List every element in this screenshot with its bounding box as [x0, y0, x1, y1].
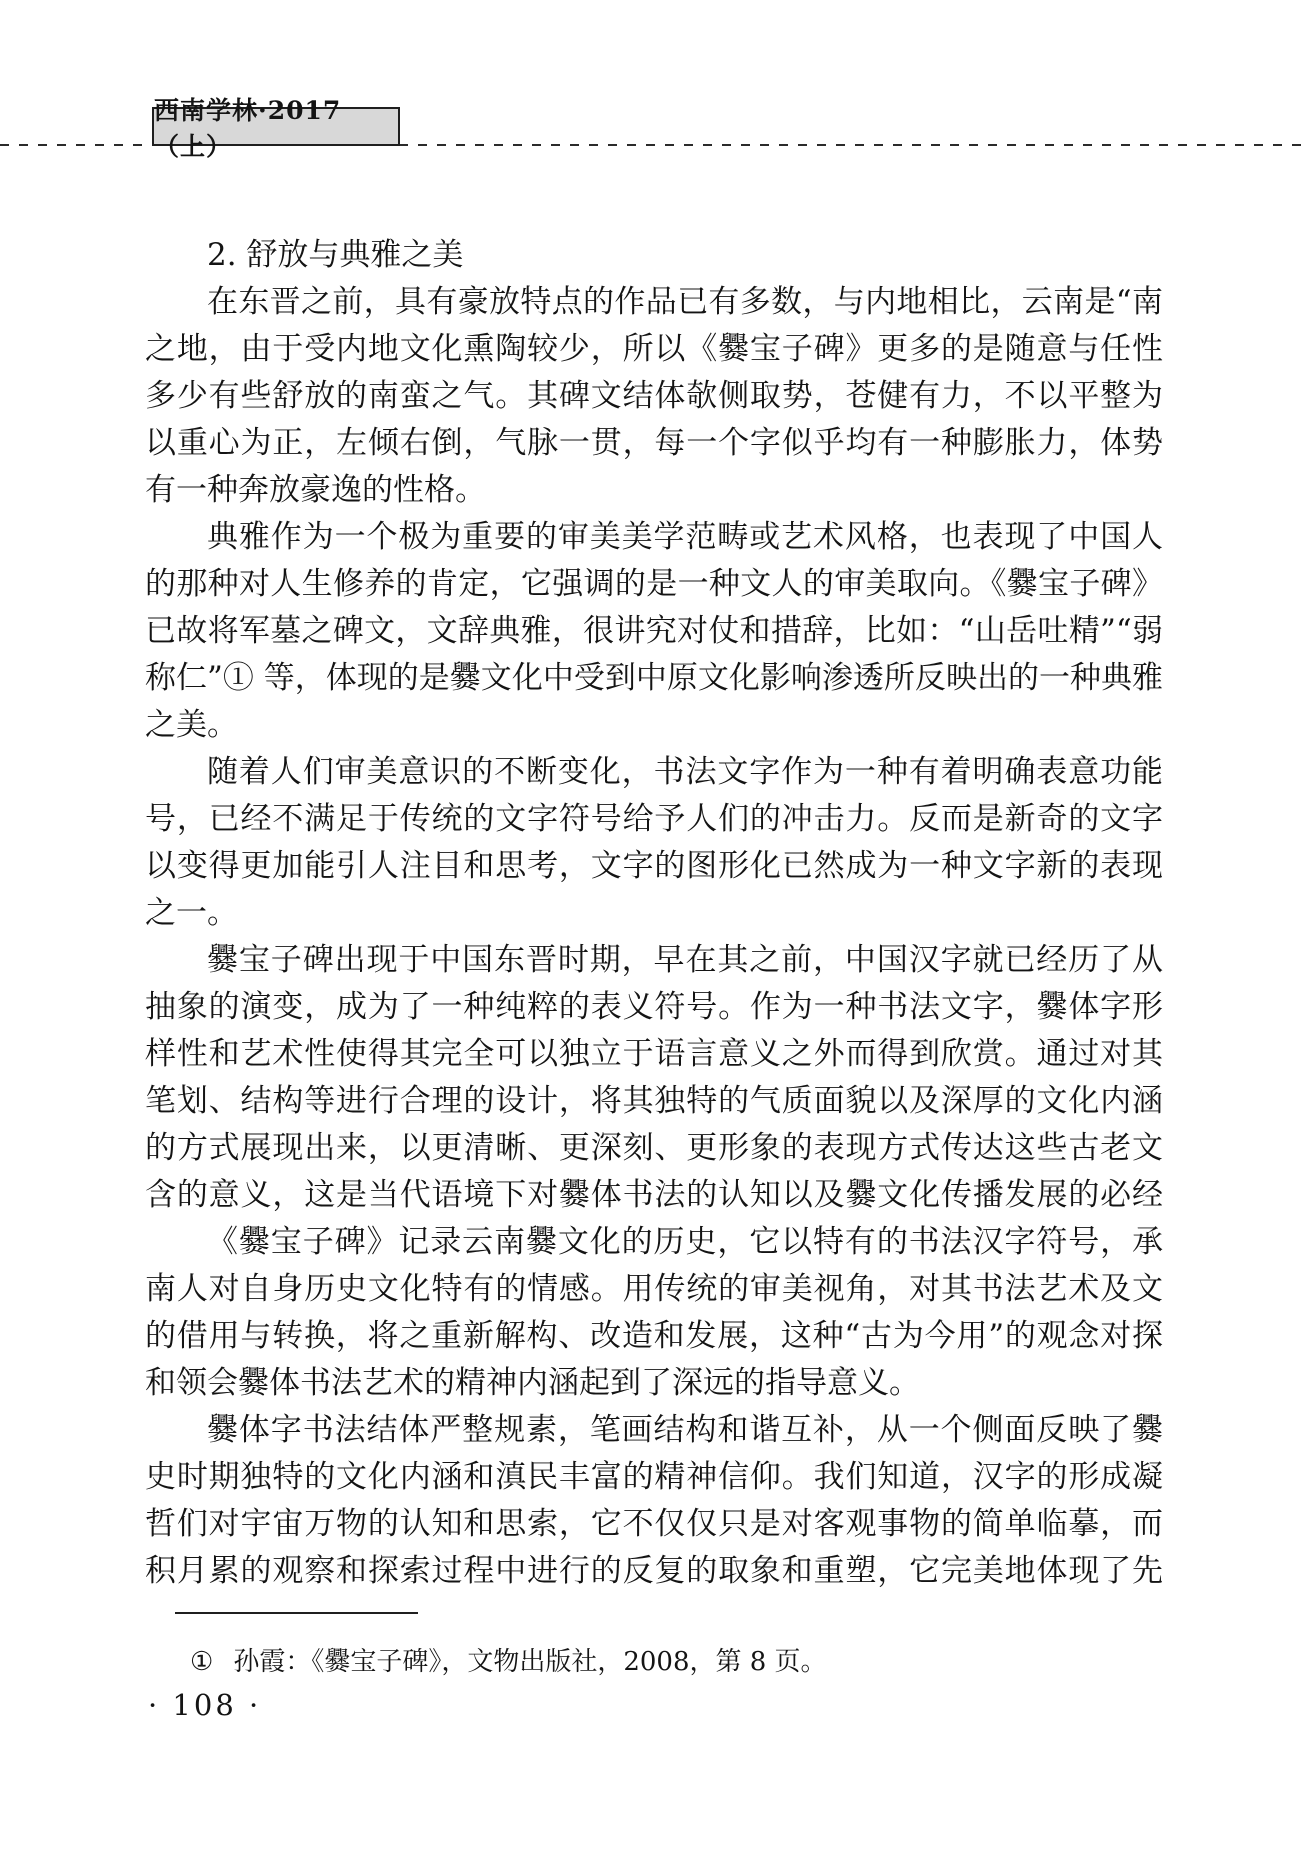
journal-header-badge: 西南学林·2017（上） [152, 107, 400, 146]
footnote-text: 孙霞：《爨宝子碑》，文物出版社，2008，第 8 页。 [233, 1647, 826, 1677]
text-line: 号，已经不满足于传统的文字符号给予人们的冲击力。反而是新奇的文字形象可 [145, 796, 1163, 843]
text-line: 之美。 [145, 702, 1163, 749]
footnote-separator [175, 1612, 418, 1614]
body-text: 2. 舒放与典雅之美 在东晋之前，具有豪放特点的作品已有多数，与内地相比，云南是… [145, 232, 1163, 1595]
text-line: 之一。 [145, 890, 1163, 937]
text-line: 的方式展现出来，以更清晰、更深刻、更形象的表现方式传达这些古老文字所蕴 [145, 1125, 1163, 1172]
text-line: 称仁”① 等，体现的是爨文化中受到中原文化影响渗透所反映出的一种典雅 [145, 655, 1163, 702]
text-line: 爨宝子碑出现于中国东晋时期，早在其之前，中国汉字就已经历了从具象到 [145, 937, 1163, 984]
text-line: 以变得更加能引人注目和思考，文字的图形化已然成为一种文字新的表现手段 [145, 843, 1163, 890]
text-line: 积月累的观察和探索过程中进行的反复的取象和重塑，它完美地体现了先哲们注 [145, 1548, 1163, 1595]
document-page: 西南学林·2017（上） 2. 舒放与典雅之美 在东晋之前，具有豪放特点的作品已… [0, 0, 1307, 1859]
text-line: 抽象的演变，成为了一种纯粹的表义符号。作为一种书法文字，爨体字形态的多 [145, 984, 1163, 1031]
text-line: 有一种奔放豪逸的性格。 [145, 467, 1163, 514]
text-line: 典雅作为一个极为重要的审美美学范畴或艺术风格，也表现了中国人所特有 [145, 514, 1163, 561]
text-line: 和领会爨体书法艺术的精神内涵起到了深远的指导意义。 [145, 1360, 1163, 1407]
page-number: · 108 · [148, 1688, 261, 1722]
text-line: 多少有些舒放的南蛮之气。其碑文结体欹侧取势，苍健有力，不以平整为法，而 [145, 373, 1163, 420]
footnote-marker: ① [190, 1647, 213, 1677]
text-line: 含的意义，这是当代语境下对爨体书法的认知以及爨文化传播发展的必经之路。 [145, 1172, 1163, 1219]
text-line: 的那种对人生修养的肯定，它强调的是一种文人的审美取向。《爨宝子碑》作为 [145, 561, 1163, 608]
text-line: 已故将军墓之碑文，文辞典雅，很讲究对仗和措辞，比如：“山岳吐精”“弱冠 [145, 608, 1163, 655]
text-line: 哲们对宇宙万物的认知和思索，它不仅仅只是对客观事物的简单临摹，而是在日 [145, 1501, 1163, 1548]
text-line: 的借用与转换，将之重新解构、改造和发展，这种“古为今用”的观念对探索 [145, 1313, 1163, 1360]
text-line: 《爨宝子碑》记录云南爨文化的历史，它以特有的书法汉字符号，承载着云 [145, 1219, 1163, 1266]
section-heading: 2. 舒放与典雅之美 [145, 232, 1163, 279]
text-line: 笔划、结构等进行合理的设计，将其独特的气质面貌以及深厚的文化内涵以全新 [145, 1078, 1163, 1125]
text-line: 史时期独特的文化内涵和滇民丰富的精神信仰。我们知道，汉字的形成凝结了先 [145, 1454, 1163, 1501]
text-line: 在东晋之前，具有豪放特点的作品已有多数，与内地相比，云南是“南蛮” [145, 279, 1163, 326]
journal-title: 西南学林·2017（上） [154, 91, 398, 163]
text-line: 爨体字书法结体严整规素，笔画结构和谐互补，从一个侧面反映了爨文化历 [145, 1407, 1163, 1454]
text-line: 样性和艺术性使得其完全可以独立于语言意义之外而得到欣赏。通过对其形态、 [145, 1031, 1163, 1078]
text-line: 以重心为正，左倾右倒，气脉一贯，每一个字似乎均有一种膨胀力，体势宽博， [145, 420, 1163, 467]
text-line: 随着人们审美意识的不断变化，书法文字作为一种有着明确表意功能的符 [145, 749, 1163, 796]
text-line: 之地，由于受内地文化熏陶较少，所以《爨宝子碑》更多的是随意与任性而书， [145, 326, 1163, 373]
footnote: ①孙霞：《爨宝子碑》，文物出版社，2008，第 8 页。 [190, 1645, 1150, 1679]
text-line: 南人对自身历史文化特有的情感。用传统的审美视角，对其书法艺术及文字符号 [145, 1266, 1163, 1313]
